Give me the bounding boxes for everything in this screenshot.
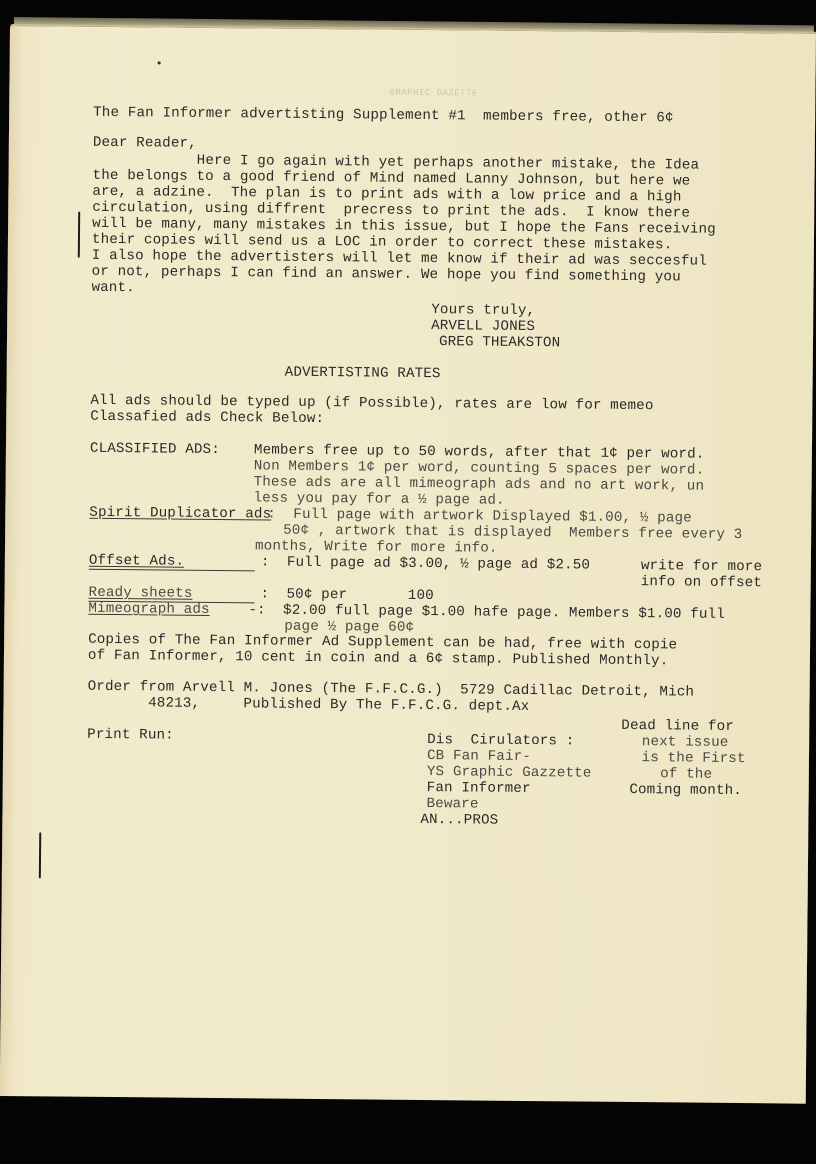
rate-line: : Full page ad $3.00, ½ page ad $2.50	[261, 554, 590, 573]
circulator-item: YS Graphic Gazzette	[427, 764, 592, 782]
rate-line: : 50¢ per 100	[260, 586, 433, 604]
closing: Yours truly,	[431, 302, 535, 319]
print-run-label: Print Run:	[87, 727, 174, 744]
order-line: 48213, Published By The F.F.C.G. dept.Ax	[87, 695, 529, 715]
section-label: CLASSIFIED ADS:	[90, 441, 220, 458]
circulator-item: AN...PROS	[420, 812, 498, 829]
document-page: GRAPHIC GAZETTE The Fan Informer adverti…	[0, 26, 816, 1104]
label-rule	[89, 555, 255, 572]
title-line: The Fan Informer advertisting Supplement…	[93, 105, 674, 127]
deadline-line: is the First	[633, 750, 746, 767]
deadline-line: next issue	[633, 734, 728, 751]
rates-heading: ADVERTISTING RATES	[285, 365, 441, 382]
deadline-line: Coming month.	[621, 782, 742, 799]
rate-note: write for more	[641, 558, 762, 575]
salutation: Dear Reader,	[93, 135, 197, 152]
circulator-item: Fan Informer	[427, 780, 531, 797]
letter-line: want.	[91, 280, 134, 296]
bleed-through-header: GRAPHIC GAZETTE	[389, 88, 478, 99]
rate-note: info on offset	[641, 574, 762, 591]
margin-mark	[39, 832, 41, 878]
deadline-line: Dead line for	[621, 718, 734, 735]
ink-speck	[158, 61, 161, 64]
signer-name: ARVELL JONES	[431, 318, 535, 335]
signer-name: GREG THEAKSTON	[439, 334, 560, 351]
circulator-item: CB Fan Fair-	[427, 748, 531, 765]
deadline-line: of the	[643, 766, 712, 783]
section-label: Mimeograph ads	[88, 601, 209, 618]
rates-intro-line: Classafied ads Check Below:	[90, 409, 324, 427]
circulators-heading: Dis Cirulators :	[427, 732, 574, 749]
margin-mark	[78, 212, 80, 258]
circulator-item: Beware	[426, 796, 478, 812]
section-label: Spirit Duplicator ads	[89, 505, 271, 523]
